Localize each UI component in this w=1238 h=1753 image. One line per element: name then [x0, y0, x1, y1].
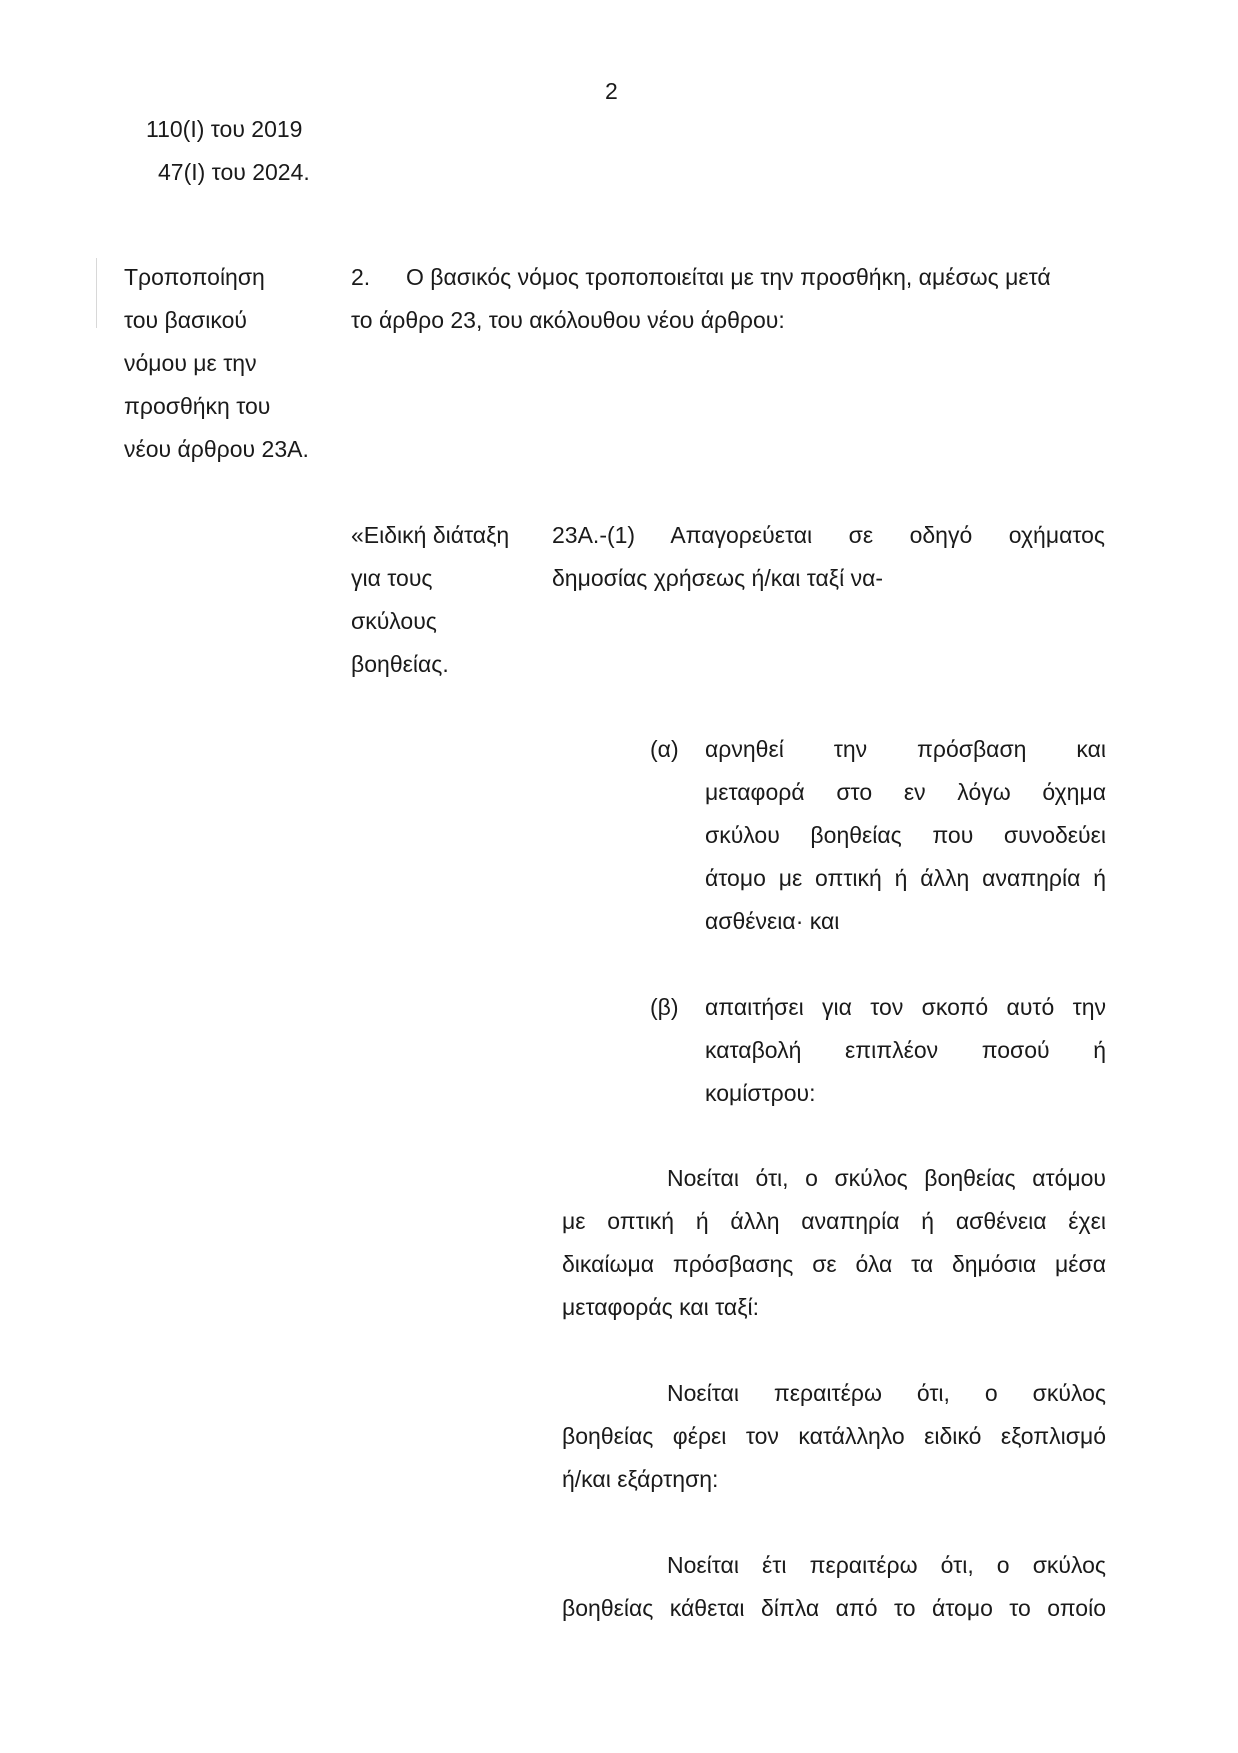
scan-artifact-line: [96, 258, 97, 328]
law-reference-2024: 47(I) του 2024.: [158, 159, 310, 186]
margin-note: Τροποποίηση του βασικού νόμου με την προ…: [124, 256, 309, 471]
section-heading-line: «Ειδική διάταξη: [351, 514, 509, 557]
proviso-line: βοηθείας κάθεται δίπλα από το άτομο το ο…: [562, 1587, 1106, 1630]
list-item-line: σκύλου βοηθείας που συνοδεύει: [705, 814, 1106, 857]
proviso-line: μεταφοράς και ταξί:: [562, 1286, 1106, 1329]
paragraph-line: το άρθρο 23, του ακόλουθου νέου άρθρου:: [351, 299, 1106, 342]
list-item-marker: (α): [650, 728, 679, 771]
list-item-line: απαιτήσει για τον σκοπό αυτό την: [705, 986, 1106, 1029]
list-item-line: μεταφορά στο εν λόγω όχημα: [705, 771, 1106, 814]
paragraph-line: Ο βασικός νόμος τροποποιείται με την προ…: [406, 264, 1051, 290]
paragraph-2: 2.Ο βασικός νόμος τροποποιείται με την π…: [351, 256, 1106, 342]
section-heading-line: βοηθείας.: [351, 643, 509, 686]
margin-note-line: του βασικού: [124, 299, 309, 342]
margin-note-line: Τροποποίηση: [124, 256, 309, 299]
proviso-line: βοηθείας φέρει τον κατάλληλο ειδικό εξοπ…: [562, 1415, 1106, 1458]
proviso-line: Νοείται έτι περαιτέρω ότι, ο σκύλος: [562, 1544, 1106, 1587]
proviso-line: Νοείται περαιτέρω ότι, ο σκύλος: [562, 1372, 1106, 1415]
list-item-line: άτομο με οπτική ή άλλη αναπηρία ή: [705, 857, 1106, 900]
list-item-a: (α) αρνηθεί την πρόσβαση και μεταφορά στ…: [650, 728, 1106, 943]
section-body: 23Α.-(1) Απαγορεύεται σε οδηγό οχήματος …: [552, 514, 1105, 600]
proviso-line: ή/και εξάρτηση:: [562, 1458, 1106, 1501]
section-body-line: δημοσίας χρήσεως ή/και ταξί να-: [552, 557, 1105, 600]
list-item-line: αρνηθεί την πρόσβαση και: [705, 728, 1106, 771]
section-heading-line: για τους: [351, 557, 509, 600]
proviso-line: δικαίωμα πρόσβασης σε όλα τα δημόσια μέσ…: [562, 1243, 1106, 1286]
margin-note-line: νόμου με την: [124, 342, 309, 385]
list-item-b: (β) απαιτήσει για τον σκοπό αυτό την κατ…: [650, 986, 1106, 1115]
proviso-line: Νοείται ότι, ο σκύλος βοηθείας ατόμου: [562, 1157, 1106, 1200]
page-number: 2: [605, 78, 618, 105]
proviso-3: Νοείται έτι περαιτέρω ότι, ο σκύλος βοηθ…: [562, 1544, 1106, 1630]
law-reference-2019: 110(I) του 2019: [146, 116, 302, 143]
proviso-line: με οπτική ή άλλη αναπηρία ή ασθένεια έχε…: [562, 1200, 1106, 1243]
paragraph-number: 2.: [351, 256, 406, 299]
section-heading: «Ειδική διάταξη για τους σκύλους βοηθεία…: [351, 514, 509, 686]
proviso-2: Νοείται περαιτέρω ότι, ο σκύλος βοηθείας…: [562, 1372, 1106, 1501]
proviso-1: Νοείται ότι, ο σκύλος βοηθείας ατόμου με…: [562, 1157, 1106, 1329]
list-item-line: κομίστρου:: [705, 1072, 1106, 1115]
section-heading-line: σκύλους: [351, 600, 509, 643]
section-body-line: 23Α.-(1) Απαγορεύεται σε οδηγό οχήματος: [552, 514, 1105, 557]
margin-note-line: νέου άρθρου 23Α.: [124, 428, 309, 471]
list-item-marker: (β): [650, 986, 679, 1029]
list-item-line: καταβολή επιπλέον ποσού ή: [705, 1029, 1106, 1072]
margin-note-line: προσθήκη του: [124, 385, 309, 428]
list-item-line: ασθένεια· και: [705, 900, 1106, 943]
